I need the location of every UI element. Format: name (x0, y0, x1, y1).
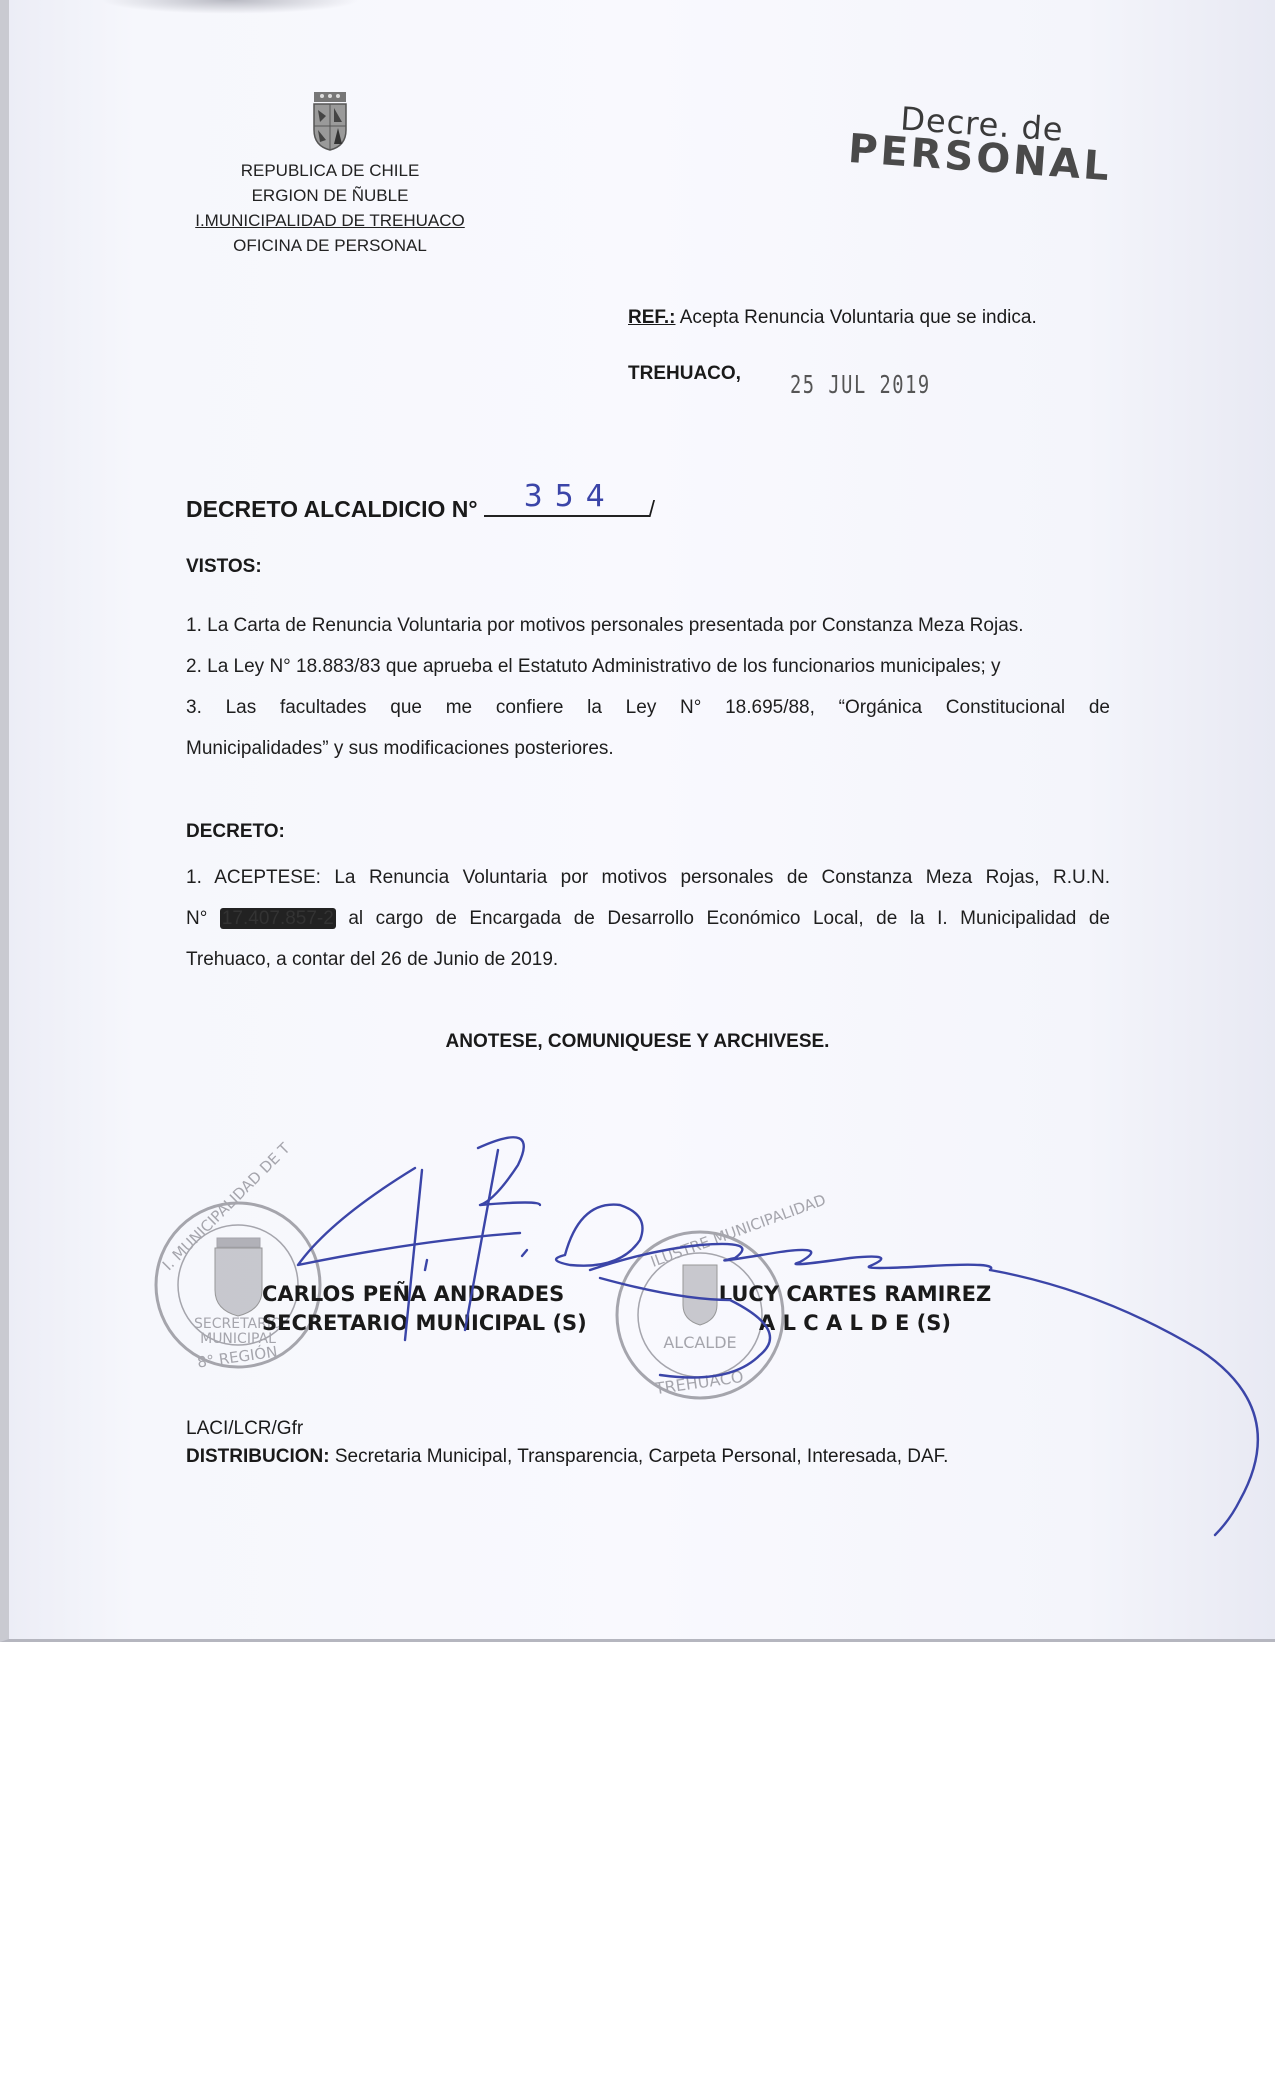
scan-shadow (100, 0, 360, 14)
letterhead-office: OFICINA DE PERSONAL (180, 233, 480, 258)
reference-line: REF.: Acepta Renuncia Voluntaria que se … (628, 307, 1037, 329)
vistos-item-3: 3. Las facultades que me confiere la Ley… (186, 687, 1110, 728)
distribution-label: DISTRIBUCION: (186, 1446, 330, 1467)
letterhead-country: REPUBLICA DE CHILE (180, 158, 480, 183)
letterhead: REPUBLICA DE CHILE ERGION DE ÑUBLE I.MUN… (180, 90, 480, 258)
decreto-line-2-text: al cargo de Encargada de Desarrollo Econ… (336, 908, 1110, 929)
distribution-text: Secretaria Municipal, Transparencia, Car… (330, 1446, 949, 1467)
distribution-line: DISTRIBUCION: Secretaria Municipal, Tran… (186, 1443, 948, 1471)
decreto-line-3: Trehuaco, a contar del 26 de Junio de 20… (186, 939, 1110, 980)
decree-number-field: 354 (484, 493, 649, 517)
reference-text: Acepta Renuncia Voluntaria que se indica… (676, 307, 1037, 328)
city-label: TREHUACO, (628, 363, 741, 385)
mayor-title: A L C A L D E (S) (705, 1309, 1005, 1338)
initials: LACI/LCR/Gfr (186, 1415, 948, 1443)
decree-title: DECRETO ALCALDICIO N°354/ (186, 493, 655, 523)
vistos-item-3-cont: Municipalidades” y sus modificaciones po… (186, 728, 1110, 769)
municipal-coat-of-arms-icon (310, 90, 350, 152)
decreto-heading: DECRETO: (186, 821, 285, 843)
secretary-title: SECRETARIO MUNICIPAL (S) (262, 1309, 587, 1338)
decreto-body: 1. ACEPTESE: La Renuncia Voluntaria por … (186, 857, 1110, 980)
letterhead-region: ERGION DE ÑUBLE (180, 183, 480, 208)
reference-label: REF.: (628, 307, 676, 328)
vistos-heading: VISTOS: (186, 556, 262, 578)
vistos-list: 1. La Carta de Renuncia Voluntaria por m… (186, 605, 1110, 769)
decree-slash: / (649, 496, 655, 522)
decree-number-handwritten: 354 (524, 479, 617, 514)
decree-title-text: DECRETO ALCALDICIO N° (186, 496, 478, 522)
run-redacted: 17.407.857-2 (220, 908, 336, 929)
vistos-item-2: 2. La Ley N° 18.883/83 que aprueba el Es… (186, 646, 1110, 687)
closing-formula: ANOTESE, COMUNIQUESE Y ARCHIVESE. (0, 1031, 1275, 1053)
letterhead-municipality: I.MUNICIPALIDAD DE TREHUACO (180, 208, 480, 233)
date-stamp: 25 JUL 2019 (790, 370, 931, 399)
run-prefix: N° (186, 908, 207, 929)
decreto-line-2: N° 17.407.857-2 al cargo de Encargada de… (186, 898, 1110, 939)
decreto-line-1: 1. ACEPTESE: La Renuncia Voluntaria por … (186, 857, 1110, 898)
signatory-secretary: CARLOS PEÑA ANDRADES SECRETARIO MUNICIPA… (262, 1280, 587, 1338)
mayor-name: LUCY CARTES RAMIREZ (705, 1280, 1005, 1309)
signatory-mayor: LUCY CARTES RAMIREZ A L C A L D E (S) (705, 1280, 1005, 1338)
vistos-item-1: 1. La Carta de Renuncia Voluntaria por m… (186, 605, 1110, 646)
document-footer: LACI/LCR/Gfr DISTRIBUCION: Secretaria Mu… (186, 1415, 948, 1471)
secretary-name: CARLOS PEÑA ANDRADES (262, 1280, 587, 1309)
